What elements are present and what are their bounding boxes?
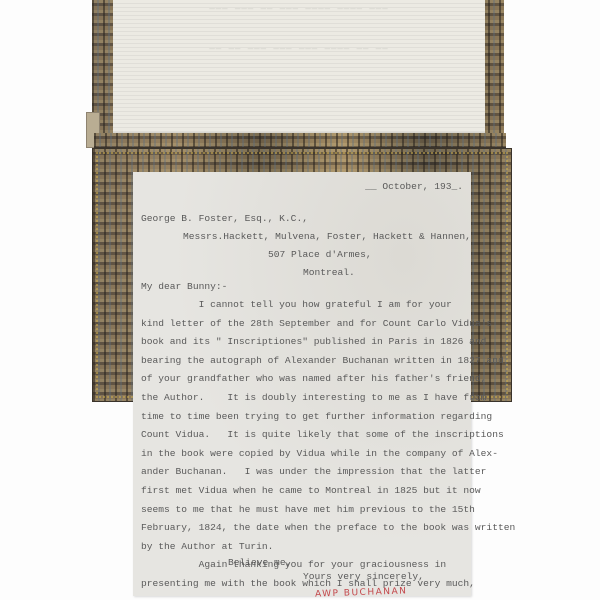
handwritten-signature: AWP BUCHANAN xyxy=(315,582,408,600)
letter-date: __ October, 193_. xyxy=(365,178,463,196)
recipient-street: 507 Place d'Armes, xyxy=(268,246,372,264)
body-line: book and its " Inscriptiones" published … xyxy=(141,333,471,352)
body-line: February, 1824, the date when the prefac… xyxy=(141,519,471,538)
body-line: by the Author at Turin. xyxy=(141,538,471,557)
body-line: time to time been trying to get further … xyxy=(141,408,471,427)
faint-text: ——— ——— —— ——— ———— ———— ——— xyxy=(113,4,485,14)
body-line: ander Buchanan. I was under the impressi… xyxy=(141,463,471,482)
recipient-firm: Messrs.Hackett, Mulvena, Foster, Hackett… xyxy=(183,228,471,246)
salutation: My dear Bunny:- xyxy=(141,278,227,296)
recipient-name: George B. Foster, Esq., K.C., xyxy=(141,210,308,228)
folder-spine xyxy=(94,133,506,149)
typed-letter: __ October, 193_. George B. Foster, Esq.… xyxy=(133,172,471,596)
body-line: bearing the autograph of Alexander Bucha… xyxy=(141,352,471,371)
body-line: kind letter of the 28th September and fo… xyxy=(141,315,471,334)
body-line: the Author. It is doubly interesting to … xyxy=(141,389,471,408)
faint-text: —— —— ——— ——— ——— ———— —— —— xyxy=(113,44,485,54)
body-line: Count Vidua. It is quite likely that som… xyxy=(141,426,471,445)
body-line: first met Vidua when he came to Montreal… xyxy=(141,482,471,501)
top-faint-page: ——— ——— —— ——— ———— ———— ——— —— —— ——— —… xyxy=(113,0,485,133)
body-line: in the book were copied by Vidua while i… xyxy=(141,445,471,464)
body-line: of your grandfather who was named after … xyxy=(141,370,471,389)
closing-believe-me: Believe me, xyxy=(228,554,291,572)
body-line: I cannot tell you how grateful I am for … xyxy=(141,296,471,315)
body-line: seems to me that he must have met him pr… xyxy=(141,501,471,520)
recipient-city: Montreal. xyxy=(303,264,355,282)
letter-body: I cannot tell you how grateful I am for … xyxy=(141,296,471,594)
